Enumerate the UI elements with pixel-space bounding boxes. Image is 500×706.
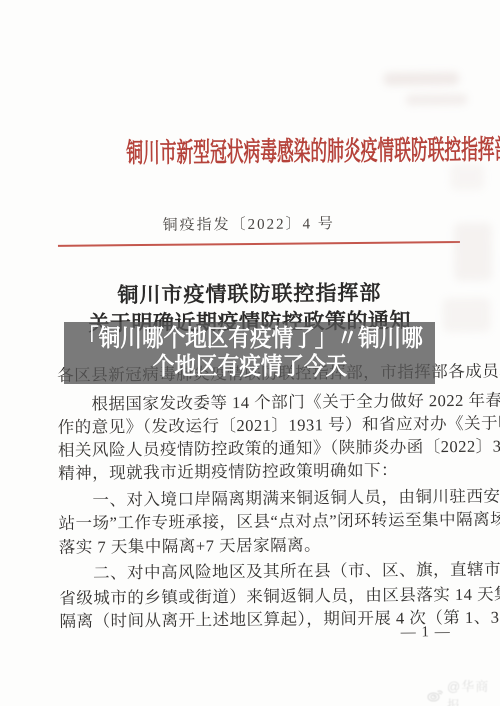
page-bleedthrough-smudge bbox=[406, 94, 468, 106]
letterhead-title-text: 铜川市新型冠状病毒感染的肺炎疫情联防联控指挥部文件 bbox=[126, 127, 500, 170]
letterhead-divider-rule bbox=[58, 241, 460, 247]
caption-line-2: 个地区有疫情了今天 bbox=[152, 353, 346, 381]
page-bleedthrough-smudge bbox=[450, 164, 484, 190]
watermark-handle: @华商报 bbox=[447, 676, 500, 706]
body-line: 落实 7 天集中隔离+7 天居家隔离。 bbox=[59, 530, 459, 558]
body-line: 二、对中高风险地区及其所在县（市、区、旗，直辖市和副 bbox=[59, 556, 459, 584]
page-number: — 1 — bbox=[3, 624, 451, 645]
caption-line-1: 「铜川哪个地区有疫情了」〃铜川哪 bbox=[77, 325, 423, 353]
letterhead-title: 铜川市新型冠状病毒感染的肺炎疫情联防联控指挥部文件 bbox=[0, 128, 498, 172]
caption-overlay-band: 「铜川哪个地区有疫情了」〃铜川哪 个地区有疫情了今天 bbox=[64, 322, 435, 384]
weibo-icon bbox=[426, 687, 444, 703]
document-number: 铜疫指发〔2022〕4 号 bbox=[0, 211, 499, 237]
page-bleedthrough-smudge bbox=[383, 72, 459, 86]
weibo-watermark: @华商报 bbox=[426, 676, 500, 706]
body-line: 精神，现就我市近期疫情防控政策明确如下： bbox=[58, 456, 458, 484]
